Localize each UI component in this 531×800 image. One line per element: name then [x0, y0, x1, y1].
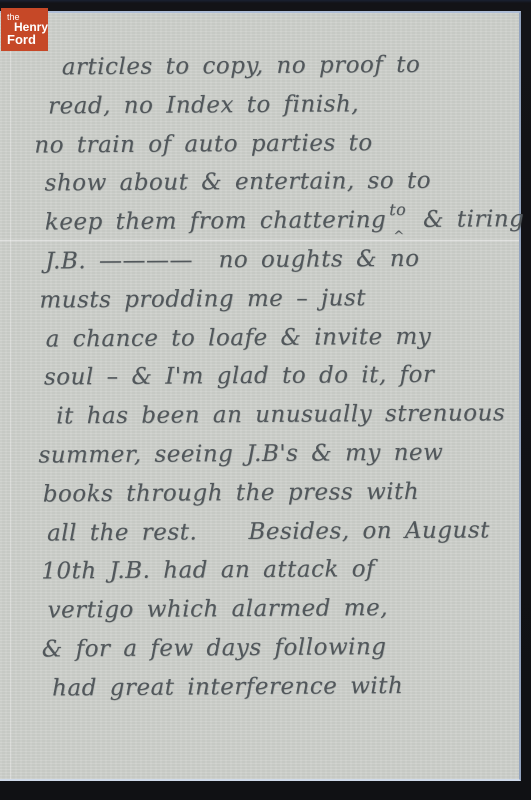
handwritten-line: a chance to loafe & invite my	[0, 323, 513, 365]
handwritten-line: summer, seeing J.B's & my new	[0, 439, 513, 481]
handwritten-line: 10th J.B. had an attack of	[1, 556, 514, 598]
letter-paper: articles to copy, no proof to read, no I…	[0, 11, 521, 781]
handwritten-line: all the rest. Besides, on August	[1, 517, 514, 559]
handwritten-line: articles to copy, no proof to	[0, 51, 511, 93]
handwritten-line: & for a few days following	[2, 633, 515, 675]
handwritten-line: no train of auto parties to	[0, 129, 512, 171]
handwritten-line: show about & entertain, so to	[0, 168, 512, 210]
handwritten-line: musts prodding me – just	[0, 284, 513, 326]
line-text-post: & tiring	[410, 206, 524, 233]
handwritten-line: soul – & I'm glad to do it, for	[0, 362, 513, 404]
line-text-pre: keep them from chattering	[45, 207, 387, 235]
inserted-word: to	[389, 200, 406, 219]
scanned-letter-page: { "logo": { "the": "the", "henry": "Henr…	[0, 0, 531, 800]
handwritten-line: read, no Index to finish,	[0, 90, 511, 132]
handwritten-text-block: articles to copy, no proof to read, no I…	[0, 51, 515, 714]
handwritten-line: it has been an unusually strenuous	[0, 400, 513, 442]
handwritten-line: books through the press with	[1, 478, 514, 520]
handwritten-line: vertigo which alarmed me,	[1, 594, 514, 636]
handwritten-line: J.B. ———— no oughts & no	[0, 245, 512, 287]
handwritten-line: had great interference with	[2, 672, 515, 714]
handwritten-line-with-insertion: keep them from chatteringto^ & tiring	[0, 206, 512, 248]
logo-word-ford: Ford	[7, 33, 36, 46]
caret-insertion-mark: ^	[393, 229, 405, 244]
henry-ford-logo: the Henry Ford	[1, 8, 48, 51]
